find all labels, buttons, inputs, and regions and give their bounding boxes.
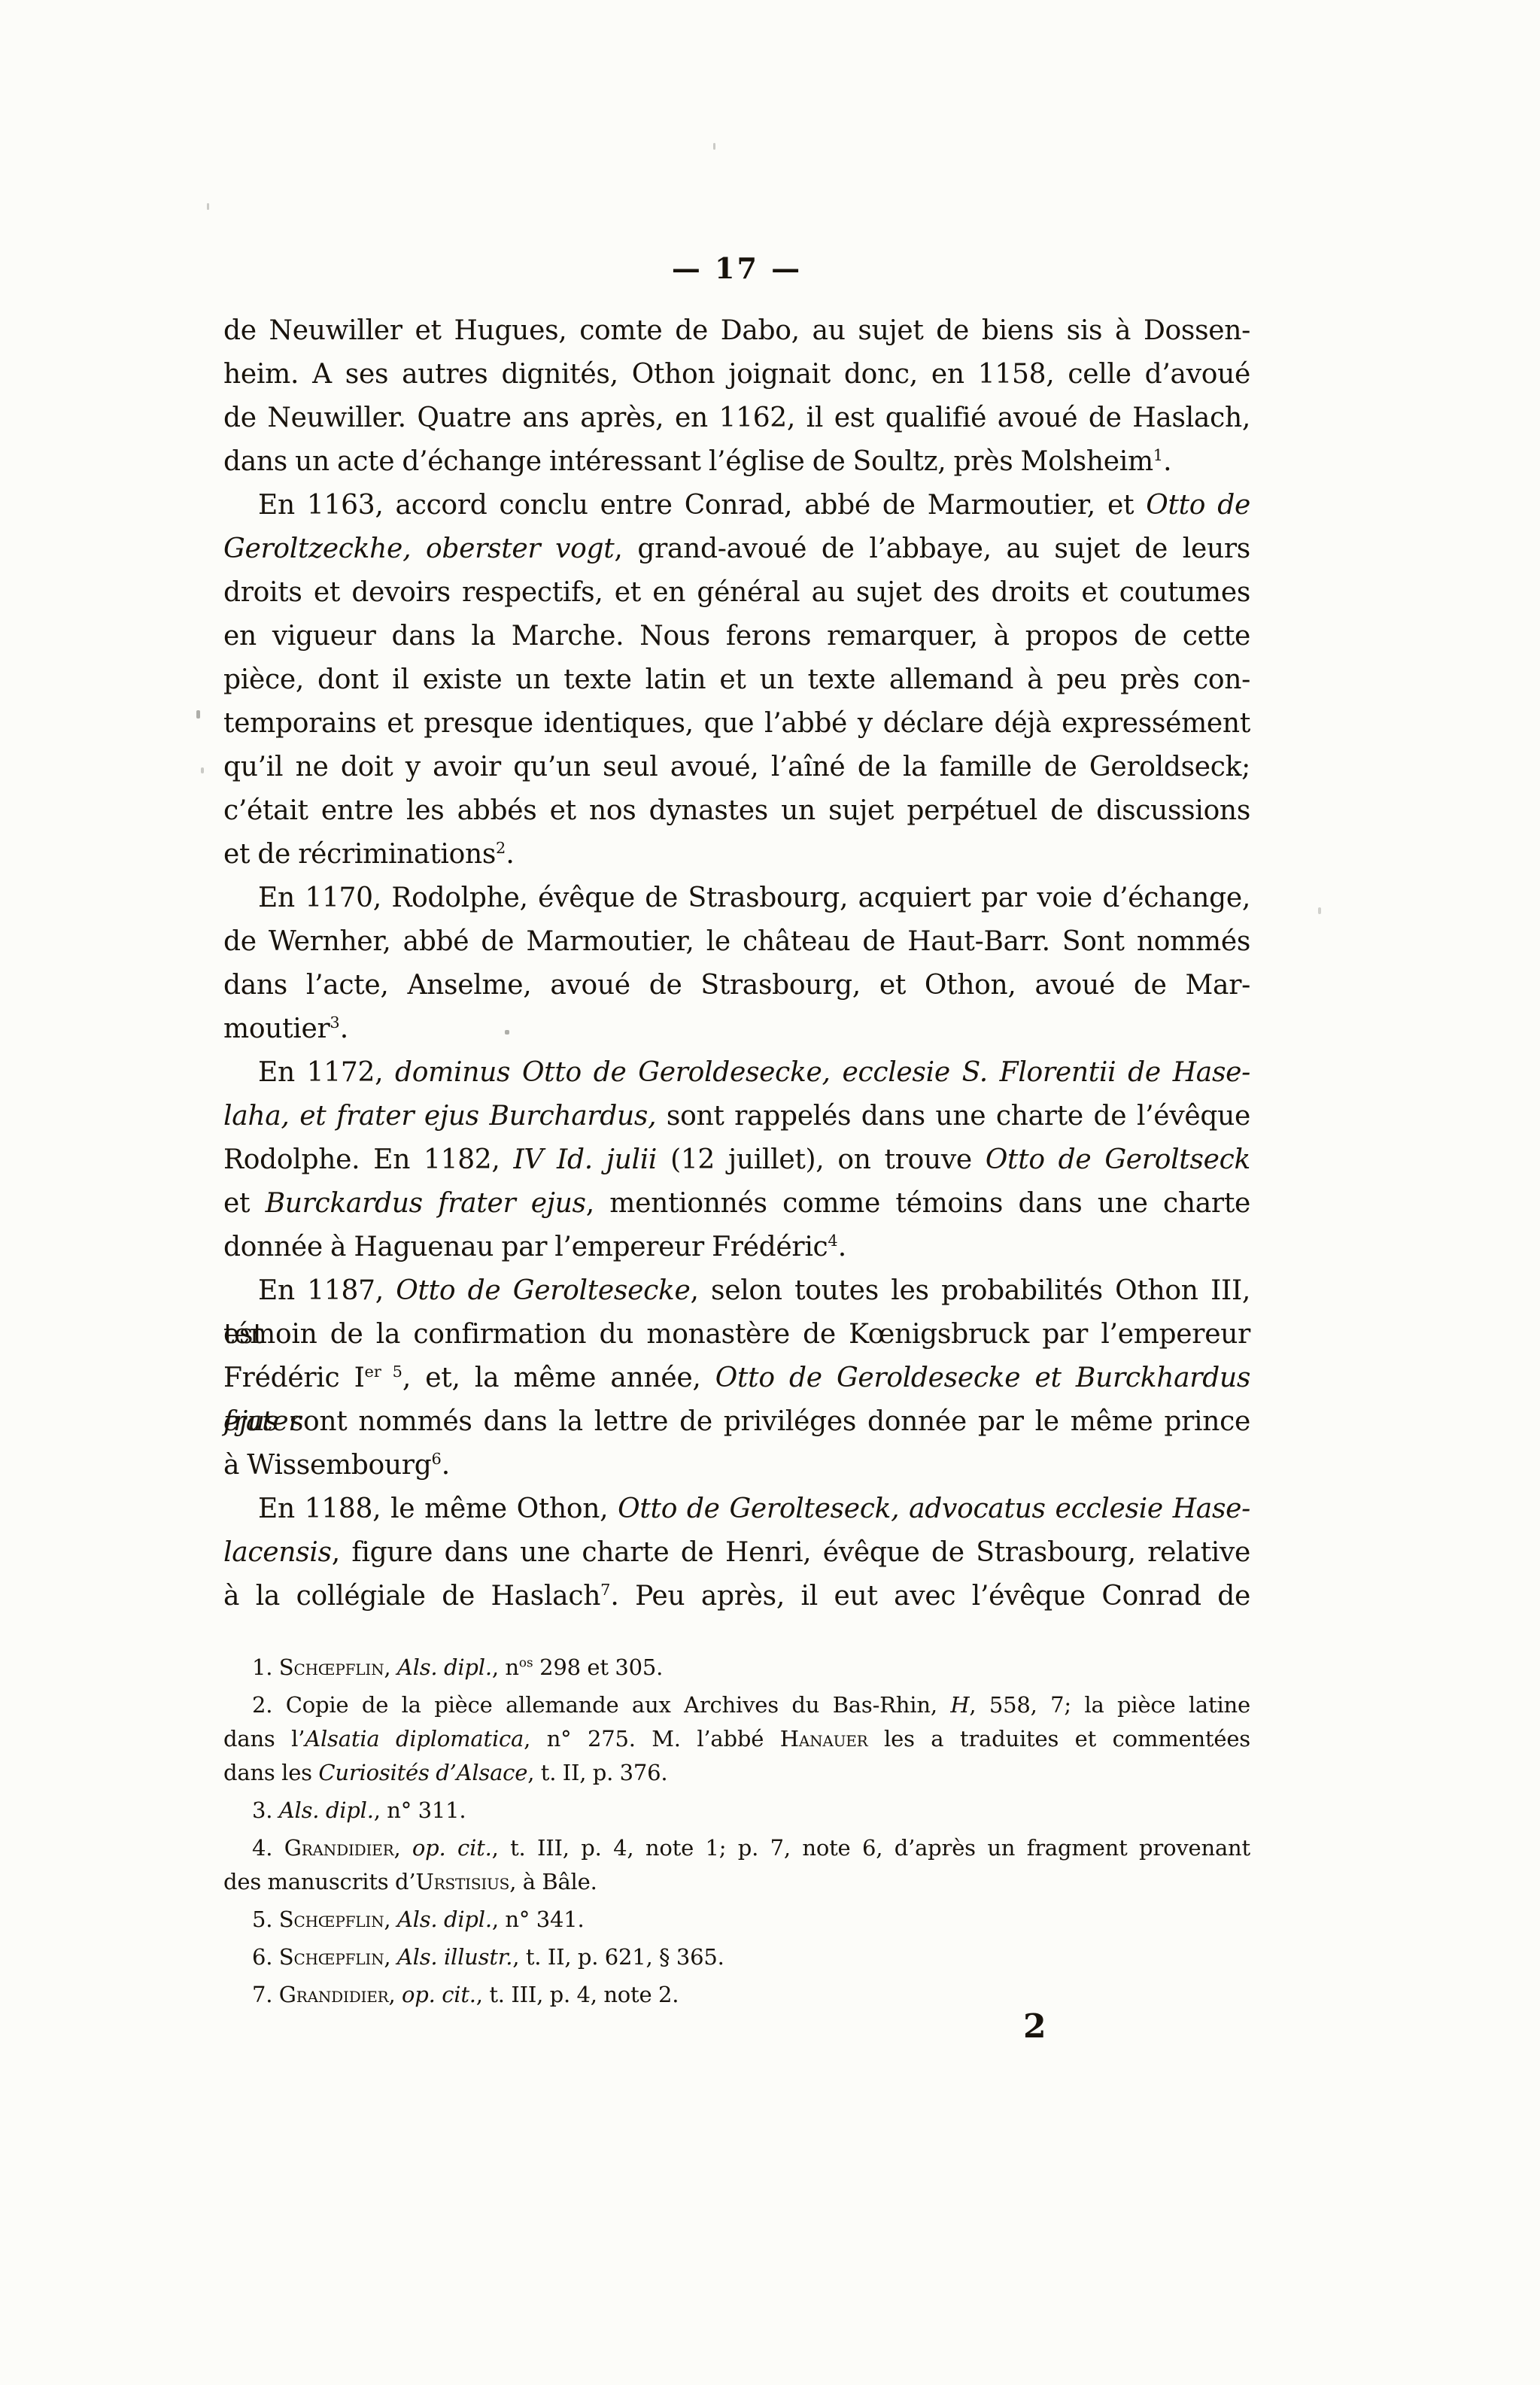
text-segment: , à Bâle.: [509, 1869, 597, 1894]
text-line: dans l’Alsatia diplomatica, n° 275. M. l…: [223, 1722, 1250, 1756]
text-segment: Als. dipl.: [279, 1797, 374, 1823]
text-line: témoin de la confirmation du monastère d…: [223, 1313, 1250, 1357]
text-line: qu’il ne doit y avoir qu’un seul avoué, …: [223, 746, 1250, 789]
body-text: de Neuwiller et Hugues, comte de Dabo, a…: [223, 309, 1250, 1618]
footnote-ref: 7: [600, 1581, 610, 1599]
footnote-ref: 2: [496, 839, 506, 857]
text-segment: ejus: [223, 1406, 278, 1437]
footnote: 6. Schœpflin, Als. illustr., t. II, p. 6…: [223, 1940, 1250, 1974]
text-segment: (12 juillet), on trouve: [657, 1144, 986, 1175]
text-segment: temporains et presque identiques, que l’…: [223, 708, 1250, 739]
text-line: temporains et presque identiques, que l’…: [223, 702, 1250, 746]
text-segment: dominus Otto de Geroldesecke, ecclesie S…: [395, 1057, 1250, 1088]
text-line: Rodolphe. En 1182, IV Id. julii (12 juil…: [223, 1138, 1250, 1182]
text-line: 6. Schœpflin, Als. illustr., t. II, p. 6…: [223, 1940, 1250, 1974]
text-segment: Rodolphe. En 1182,: [223, 1144, 513, 1175]
text-segment: à la collégiale de Haslach: [223, 1581, 600, 1612]
text-line: 4. Grandidier, op. cit., t. III, p. 4, n…: [223, 1831, 1250, 1865]
text-line: dans un acte d’échange intéressant l’égl…: [223, 440, 1250, 484]
text-line: En 1172, dominus Otto de Geroldesecke, e…: [223, 1051, 1250, 1095]
page-number-header: — 17 —: [223, 251, 1250, 285]
text-segment: 5.: [252, 1906, 279, 1932]
text-line: ejus sont nommés dans la lettre de privi…: [223, 1400, 1250, 1444]
footnote: 7. Grandidier, op. cit., t. III, p. 4, n…: [223, 1978, 1250, 2012]
text-segment: .: [506, 839, 514, 870]
text-segment: , n: [492, 1654, 519, 1680]
text-segment: , t. II, p. 621, § 365.: [512, 1944, 724, 1970]
footnote: 1. Schœpflin, Als. dipl., nos 298 et 305…: [223, 1651, 1250, 1685]
text-segment: Schœpflin: [279, 1944, 384, 1970]
paragraph: de Neuwiller et Hugues, comte de Dabo, a…: [223, 309, 1250, 484]
footnote-ref: 6: [431, 1450, 441, 1468]
text-segment: Frédéric I: [223, 1363, 365, 1393]
text-segment: sont nommés dans la lettre de priviléges…: [278, 1406, 1250, 1437]
footnote: 2. Copie de la pièce allemande aux Archi…: [223, 1688, 1250, 1790]
text-line: 1. Schœpflin, Als. dipl., nos 298 et 305…: [223, 1651, 1250, 1685]
text-segment: Curiosités d’Alsace: [318, 1760, 527, 1785]
text-segment: IV Id. julii: [513, 1144, 657, 1175]
text-segment: , figure dans une charte de Henri, évêqu…: [332, 1537, 1250, 1568]
text-segment: pièce, dont il existe un texte latin et …: [223, 664, 1250, 695]
text-line: dans les Curiosités d’Alsace, t. II, p. …: [223, 1756, 1250, 1790]
paragraph: En 1163, accord conclu entre Conrad, abb…: [223, 484, 1250, 877]
book-page: — 17 — de Neuwiller et Hugues, comte de …: [0, 0, 1540, 2385]
footnotes: 1. Schœpflin, Als. dipl., nos 298 et 305…: [223, 1651, 1250, 2016]
signature-mark: 2: [1023, 2007, 1046, 2046]
text-segment: , n° 341.: [492, 1906, 585, 1932]
text-segment: de Neuwiller et Hugues, comte de Dabo, a…: [223, 315, 1250, 346]
text-segment: des manuscrits d’: [223, 1869, 415, 1894]
scan-speck: [207, 203, 209, 210]
text-segment: En 1163, accord conclu entre Conrad, abb…: [258, 490, 1146, 521]
text-line: en vigueur dans la Marche. Nous ferons r…: [223, 615, 1250, 658]
text-segment: sont rappelés dans une charte de l’évêqu…: [656, 1101, 1250, 1132]
text-segment: 298 et 305.: [533, 1654, 664, 1680]
text-segment: .: [442, 1450, 450, 1481]
text-segment: Schœpflin: [279, 1906, 384, 1932]
text-segment: Als. dipl.: [397, 1654, 492, 1680]
text-segment: ,: [389, 1982, 402, 2007]
text-segment: les a traduites et commentées: [868, 1726, 1250, 1752]
text-line: 2. Copie de la pièce allemande aux Archi…: [223, 1688, 1250, 1722]
text-segment: En 1187,: [258, 1275, 396, 1306]
text-segment: En 1188, le même Othon,: [258, 1493, 618, 1524]
paragraph: En 1188, le même Othon, Otto de Geroltes…: [223, 1487, 1250, 1618]
text-line: 5. Schœpflin, Als. dipl., n° 341.: [223, 1903, 1250, 1937]
text-segment: , grand-avoué de l’abbaye, au sujet de l…: [614, 533, 1250, 564]
paragraph: En 1187, Otto de Geroltesecke, selon tou…: [223, 1269, 1250, 1487]
text-segment: .: [1163, 446, 1171, 477]
text-line: de Neuwiller et Hugues, comte de Dabo, a…: [223, 309, 1250, 353]
text-line: à Wissembourg6.: [223, 1444, 1250, 1487]
text-segment: .: [340, 1013, 348, 1044]
text-line: dans l’acte, Anselme, avoué de Strasbour…: [223, 964, 1250, 1007]
text-line: En 1163, accord conclu entre Conrad, abb…: [223, 484, 1250, 527]
text-segment: 6.: [252, 1944, 279, 1970]
text-segment: , n° 311.: [374, 1797, 466, 1823]
text-segment: , et, la même année,: [402, 1363, 715, 1393]
text-segment: H: [950, 1692, 969, 1718]
text-segment: et: [223, 1188, 266, 1219]
text-segment: Geroltzeckhe, oberster vogt: [223, 533, 614, 564]
text-segment: Otto de Gerolteseck, advocatus ecclesie …: [618, 1493, 1250, 1524]
text-segment: ,: [384, 1944, 397, 1970]
text-segment: heim. A ses autres dignités, Othon joign…: [223, 359, 1250, 390]
text-line: En 1188, le même Othon, Otto de Geroltes…: [223, 1487, 1250, 1531]
text-segment: 7.: [252, 1982, 279, 2007]
text-segment: Als. dipl.: [397, 1906, 492, 1932]
text-line: heim. A ses autres dignités, Othon joign…: [223, 353, 1250, 396]
text-line: En 1170, Rodolphe, évêque de Strasbourg,…: [223, 877, 1250, 920]
text-segment: Otto de: [1146, 490, 1250, 521]
text-segment: Otto de Geroltseck: [986, 1144, 1250, 1175]
text-segment: donnée à Haguenau par l’empereur Frédéri…: [223, 1232, 828, 1262]
text-line: à la collégiale de Haslach7. Peu après, …: [223, 1575, 1250, 1618]
footnote: 5. Schœpflin, Als. dipl., n° 341.: [223, 1903, 1250, 1937]
text-segment: à Wissembourg: [223, 1450, 431, 1481]
text-line: donnée à Haguenau par l’empereur Frédéri…: [223, 1226, 1250, 1269]
text-segment: ,: [393, 1835, 412, 1861]
text-segment: Alsatia diplomatica: [305, 1726, 524, 1752]
text-segment: Grandidier: [284, 1835, 394, 1861]
text-line: moutier3.: [223, 1007, 1250, 1051]
text-line: et Burckardus frater ejus, mentionnés co…: [223, 1182, 1250, 1226]
text-line: laha, et frater ejus Burchardus, sont ra…: [223, 1095, 1250, 1138]
text-segment: op. cit.: [402, 1982, 476, 2007]
footnote-ref: 1: [1153, 446, 1163, 464]
text-line: de Neuwiller. Quatre ans après, en 1162,…: [223, 396, 1250, 440]
text-segment: de Wernher, abbé de Marmoutier, le châte…: [223, 926, 1250, 957]
text-segment: Schœpflin: [279, 1654, 384, 1680]
text-segment: dans un acte d’échange intéressant l’égl…: [223, 446, 1153, 477]
text-segment: dans l’acte, Anselme, avoué de Strasbour…: [223, 970, 1250, 1001]
scan-speck: [201, 767, 204, 773]
text-segment: .: [838, 1232, 846, 1262]
text-line: En 1187, Otto de Geroltesecke, selon tou…: [223, 1269, 1250, 1313]
scan-speck: [1318, 907, 1321, 914]
text-line: et de récriminations2.: [223, 833, 1250, 877]
footnote: 4. Grandidier, op. cit., t. III, p. 4, n…: [223, 1831, 1250, 1899]
text-segment: 2. Copie de la pièce allemande aux Archi…: [252, 1692, 950, 1718]
text-segment: 4.: [252, 1835, 284, 1861]
text-segment: dans les: [223, 1760, 318, 1785]
text-line: des manuscrits d’Urstisius, à Bâle.: [223, 1865, 1250, 1899]
text-segment: 3.: [252, 1797, 279, 1823]
text-line: 3. Als. dipl., n° 311.: [223, 1794, 1250, 1827]
text-segment: , t. II, p. 376.: [527, 1760, 667, 1785]
footnote-ref: os: [519, 1654, 533, 1669]
text-segment: Burckardus frater ejus: [266, 1188, 586, 1219]
text-segment: Hanauer: [780, 1726, 868, 1752]
paragraph: En 1170, Rodolphe, évêque de Strasbourg,…: [223, 877, 1250, 1051]
text-segment: lacensis: [223, 1537, 332, 1568]
text-segment: , 558, 7; la pièce latine: [969, 1692, 1250, 1718]
text-segment: Als. illustr.: [397, 1944, 512, 1970]
text-segment: ,: [384, 1906, 397, 1932]
text-line: pièce, dont il existe un texte latin et …: [223, 658, 1250, 702]
scan-speck: [196, 710, 200, 719]
text-segment: . Peu après, il eut avec l’évêque Conrad…: [610, 1581, 1250, 1612]
text-line: Frédéric Ier 5, et, la même année, Otto …: [223, 1357, 1250, 1400]
text-segment: laha, et frater ejus Burchardus,: [223, 1101, 656, 1132]
text-line: Geroltzeckhe, oberster vogt, grand-avoué…: [223, 527, 1250, 571]
text-segment: , n° 275. M. l’abbé: [524, 1726, 780, 1752]
text-segment: de Neuwiller. Quatre ans après, en 1162,…: [223, 403, 1250, 433]
text-line: 7. Grandidier, op. cit., t. III, p. 4, n…: [223, 1978, 1250, 2012]
paragraph: En 1172, dominus Otto de Geroldesecke, e…: [223, 1051, 1250, 1269]
text-segment: op. cit.: [412, 1835, 492, 1861]
text-segment: en vigueur dans la Marche. Nous ferons r…: [223, 621, 1250, 652]
text-segment: , t. III, p. 4, note 2.: [476, 1982, 679, 2007]
footnote-ref: 3: [330, 1013, 339, 1031]
text-segment: 1.: [252, 1654, 279, 1680]
text-segment: dans l’: [223, 1726, 305, 1752]
text-segment: Otto de Geroltesecke: [396, 1275, 690, 1306]
scan-speck: [505, 1030, 509, 1035]
text-line: droits et devoirs respectifs, et en géné…: [223, 571, 1250, 615]
text-segment: témoin de la confirmation du monastère d…: [223, 1319, 1250, 1350]
text-line: lacensis, figure dans une charte de Henr…: [223, 1531, 1250, 1575]
footnote-ref: 4: [828, 1232, 837, 1250]
text-segment: qu’il ne doit y avoir qu’un seul avoué, …: [223, 752, 1250, 782]
text-line: de Wernher, abbé de Marmoutier, le châte…: [223, 920, 1250, 964]
text-segment: En 1170, Rodolphe, évêque de Strasbourg,…: [258, 883, 1250, 913]
text-segment: ,: [384, 1654, 397, 1680]
text-segment: c’était entre les abbés et nos dynastes …: [223, 795, 1250, 826]
text-line: c’était entre les abbés et nos dynastes …: [223, 789, 1250, 833]
text-segment: droits et devoirs respectifs, et en géné…: [223, 577, 1250, 608]
scan-speck: [713, 143, 715, 150]
text-segment: Grandidier: [279, 1982, 389, 2007]
footnote-ref: er 5: [365, 1363, 402, 1381]
text-segment: , mentionnés comme témoins dans une char…: [586, 1188, 1250, 1219]
footnote: 3. Als. dipl., n° 311.: [223, 1794, 1250, 1827]
text-segment: En 1172,: [258, 1057, 395, 1088]
text-segment: et de récriminations: [223, 839, 496, 870]
text-segment: moutier: [223, 1013, 330, 1044]
text-segment: , t. III, p. 4, note 1; p. 7, note 6, d’…: [492, 1835, 1250, 1861]
text-segment: Urstisius: [415, 1869, 509, 1894]
